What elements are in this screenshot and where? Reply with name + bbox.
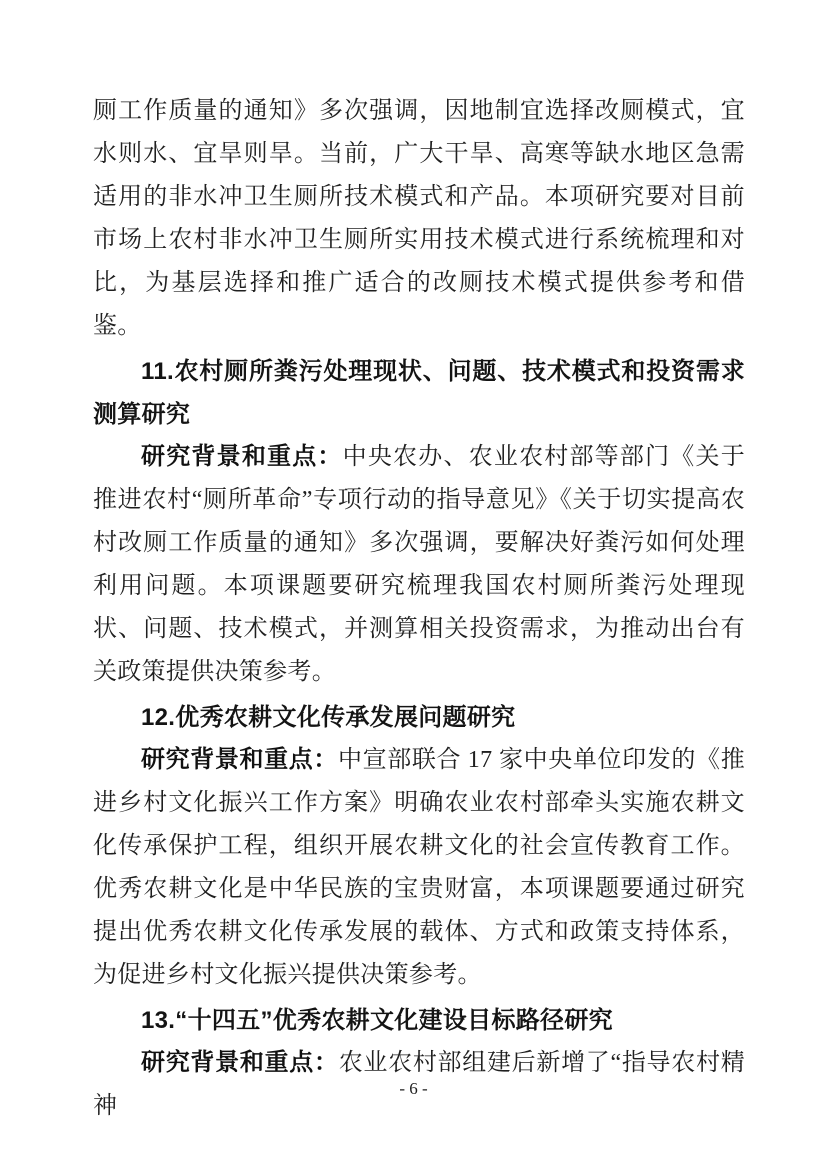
section-12-research-paragraph: 研究背景和重点：中宣部联合 17 家中央单位印发的《推进乡村文化振兴工作方案》明… [93,739,745,997]
section-11-heading: 11.农村厕所粪污处理现状、问题、技术模式和投资需求测算研究 [93,350,745,436]
section-11-research-label: 研究背景和重点： [141,444,343,470]
page-content: 厕工作质量的通知》多次强调，因地制宜选择改厕模式，宜水则水、宜旱则旱。当前，广大… [93,90,745,1128]
document-page: 厕工作质量的通知》多次强调，因地制宜选择改厕模式，宜水则水、宜旱则旱。当前，广大… [0,0,827,1169]
continuation-paragraph: 厕工作质量的通知》多次强调，因地制宜选择改厕模式，宜水则水、宜旱则旱。当前，广大… [93,90,745,348]
section-11-research-paragraph: 研究背景和重点：中央农办、农业农村部等部门《关于推进农村“厕所革命”专项行动的指… [93,436,745,694]
section-13-heading: 13.“十四五”优秀农耕文化建设目标路径研究 [93,999,745,1042]
page-number: - 6 - [0,1077,827,1101]
section-12-research-label: 研究背景和重点： [141,747,338,773]
section-12-research-body: 中宣部联合 17 家中央单位印发的《推进乡村文化振兴工作方案》明确农业农村部牵头… [93,747,745,988]
section-13-research-label: 研究背景和重点： [141,1050,339,1076]
section-11-research-body: 中央农办、农业农村部等部门《关于推进农村“厕所革命”专项行动的指导意见》《关于切… [93,444,745,685]
section-12-heading: 12.优秀农耕文化传承发展问题研究 [93,696,745,739]
